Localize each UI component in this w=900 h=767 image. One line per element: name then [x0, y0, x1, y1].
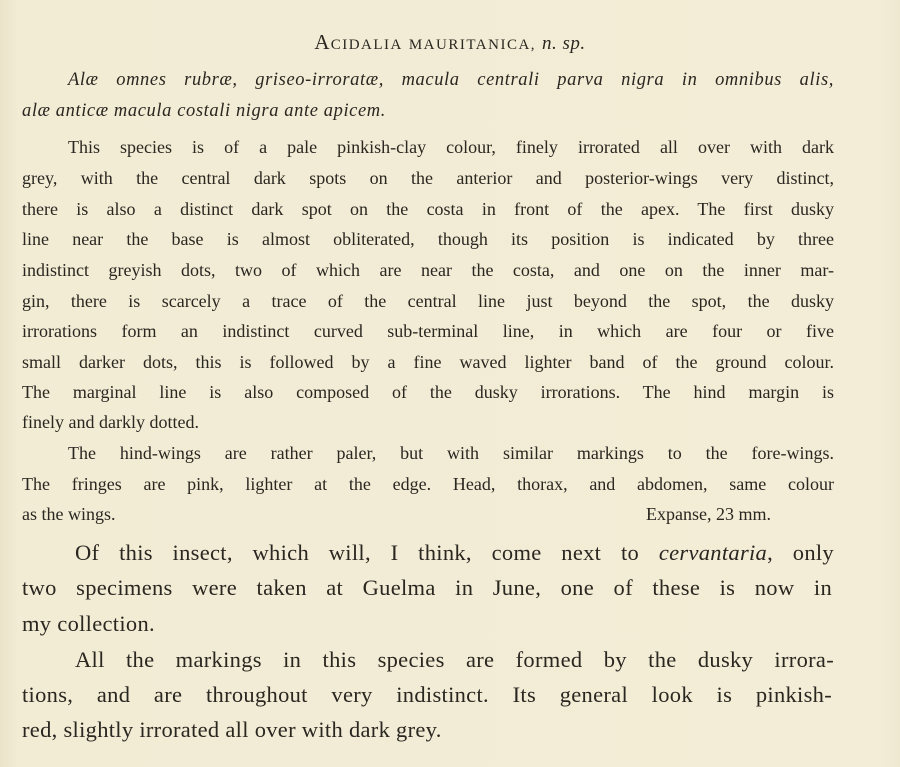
diagnosis-line-2: alæ anticæ macula costali nigra ante api… — [22, 101, 834, 122]
species-name: mauritanica, — [409, 37, 536, 53]
description-line: This species is of a pale pinkish-clay c… — [68, 137, 834, 158]
expanse-measurement: Expanse, 23 mm. — [646, 504, 771, 525]
hindwing-line: The fringes are pink, lighter at the edg… — [22, 474, 834, 495]
diagnosis-line-1: Alæ omnes rubræ, griseo-irroratæ, macula… — [68, 70, 834, 91]
description-line: grey, with the central dark spots on the… — [22, 168, 834, 189]
notes-line: two specimens were taken at Guelma in Ju… — [22, 575, 832, 601]
hindwing-line: The hind-wings are rather paler, but wit… — [68, 443, 834, 464]
description-line: indistinct greyish dots, two of which ar… — [22, 260, 834, 281]
genus-initial: A — [314, 30, 330, 54]
new-species-note: n. sp. — [542, 33, 586, 54]
summary-line: red, slightly irrorated all over with da… — [22, 717, 832, 743]
summary-line: All the markings in this species are for… — [75, 647, 834, 673]
genus-name: cidalia — [331, 37, 403, 53]
notes-text: Of this insect, which will, I think, com… — [75, 540, 659, 565]
description-line: The marginal line is also composed of th… — [22, 382, 834, 403]
species-heading: Acidalia mauritanica, n. sp. — [0, 30, 900, 55]
description-line: there is also a distinct dark spot on th… — [22, 199, 834, 220]
notes-line: my collection. — [22, 611, 832, 637]
summary-line: tions, and are throughout very indistinc… — [22, 682, 832, 708]
species-reference: cervantaria — [659, 540, 767, 565]
description-line: irrorations form an indistinct curved su… — [22, 321, 834, 342]
notes-text: , only — [767, 540, 834, 565]
description-line: line near the base is almost obliterated… — [22, 229, 834, 250]
document-page: Acidalia mauritanica, n. sp. Alæ omnes r… — [0, 0, 900, 767]
description-line: finely and darkly dotted. — [22, 412, 834, 433]
description-line: small darker dots, this is followed by a… — [22, 352, 834, 373]
description-line: gin, there is scarcely a trace of the ce… — [22, 291, 834, 312]
notes-line: Of this insect, which will, I think, com… — [75, 540, 834, 566]
